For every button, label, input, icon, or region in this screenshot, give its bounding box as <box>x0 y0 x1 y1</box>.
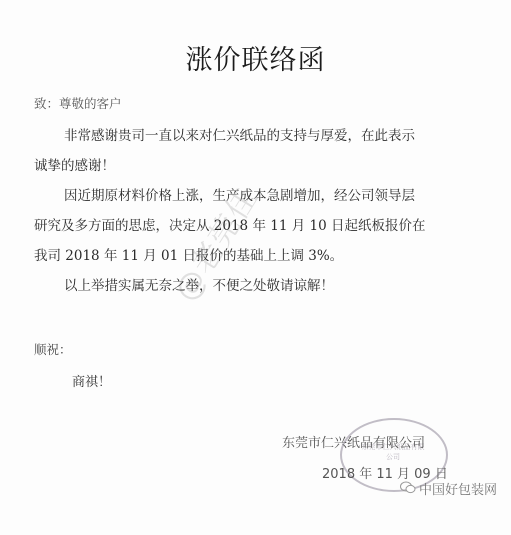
paragraph-2-line-3: 我司 2018 年 11 月 01 日报价的基础上上调 3%。 <box>34 244 343 264</box>
letter-page: @老莞佳 涨价联络函 致：尊敬的客户 非常感谢贵司一直以来对仁兴纸品的支持与厚爱… <box>0 0 511 535</box>
closing: 顺祝： <box>34 340 72 358</box>
paragraph-1-line-2: 诚挚的感谢！ <box>34 154 115 174</box>
paragraph-1-line-1: 非常感谢贵司一直以来对仁兴纸品的支持与厚爱，在此表示 <box>64 124 415 144</box>
source-label: 中国好包装网 <box>419 479 497 498</box>
wechat-icon <box>400 481 416 497</box>
paragraph-2-line-1: 因近期原材料价格上涨，生产成本急剧增加，经公司领导层 <box>64 184 415 204</box>
paragraph-3: 以上举措实属无奈之举，不便之处敬请谅解！ <box>64 274 334 294</box>
signature-company: 东莞市仁兴纸品有限公司 <box>282 432 425 451</box>
salutation: 致：尊敬的客户 <box>34 94 122 112</box>
paragraph-2-line-2: 研究及多方面的思虑，决定从 2018 年 11 月 10 日起纸板报价在 <box>34 214 425 234</box>
source-credit: 中国好包装网 <box>400 479 497 498</box>
regards: 商祺！ <box>72 371 111 390</box>
document-title: 涨价联络函 <box>0 38 511 77</box>
